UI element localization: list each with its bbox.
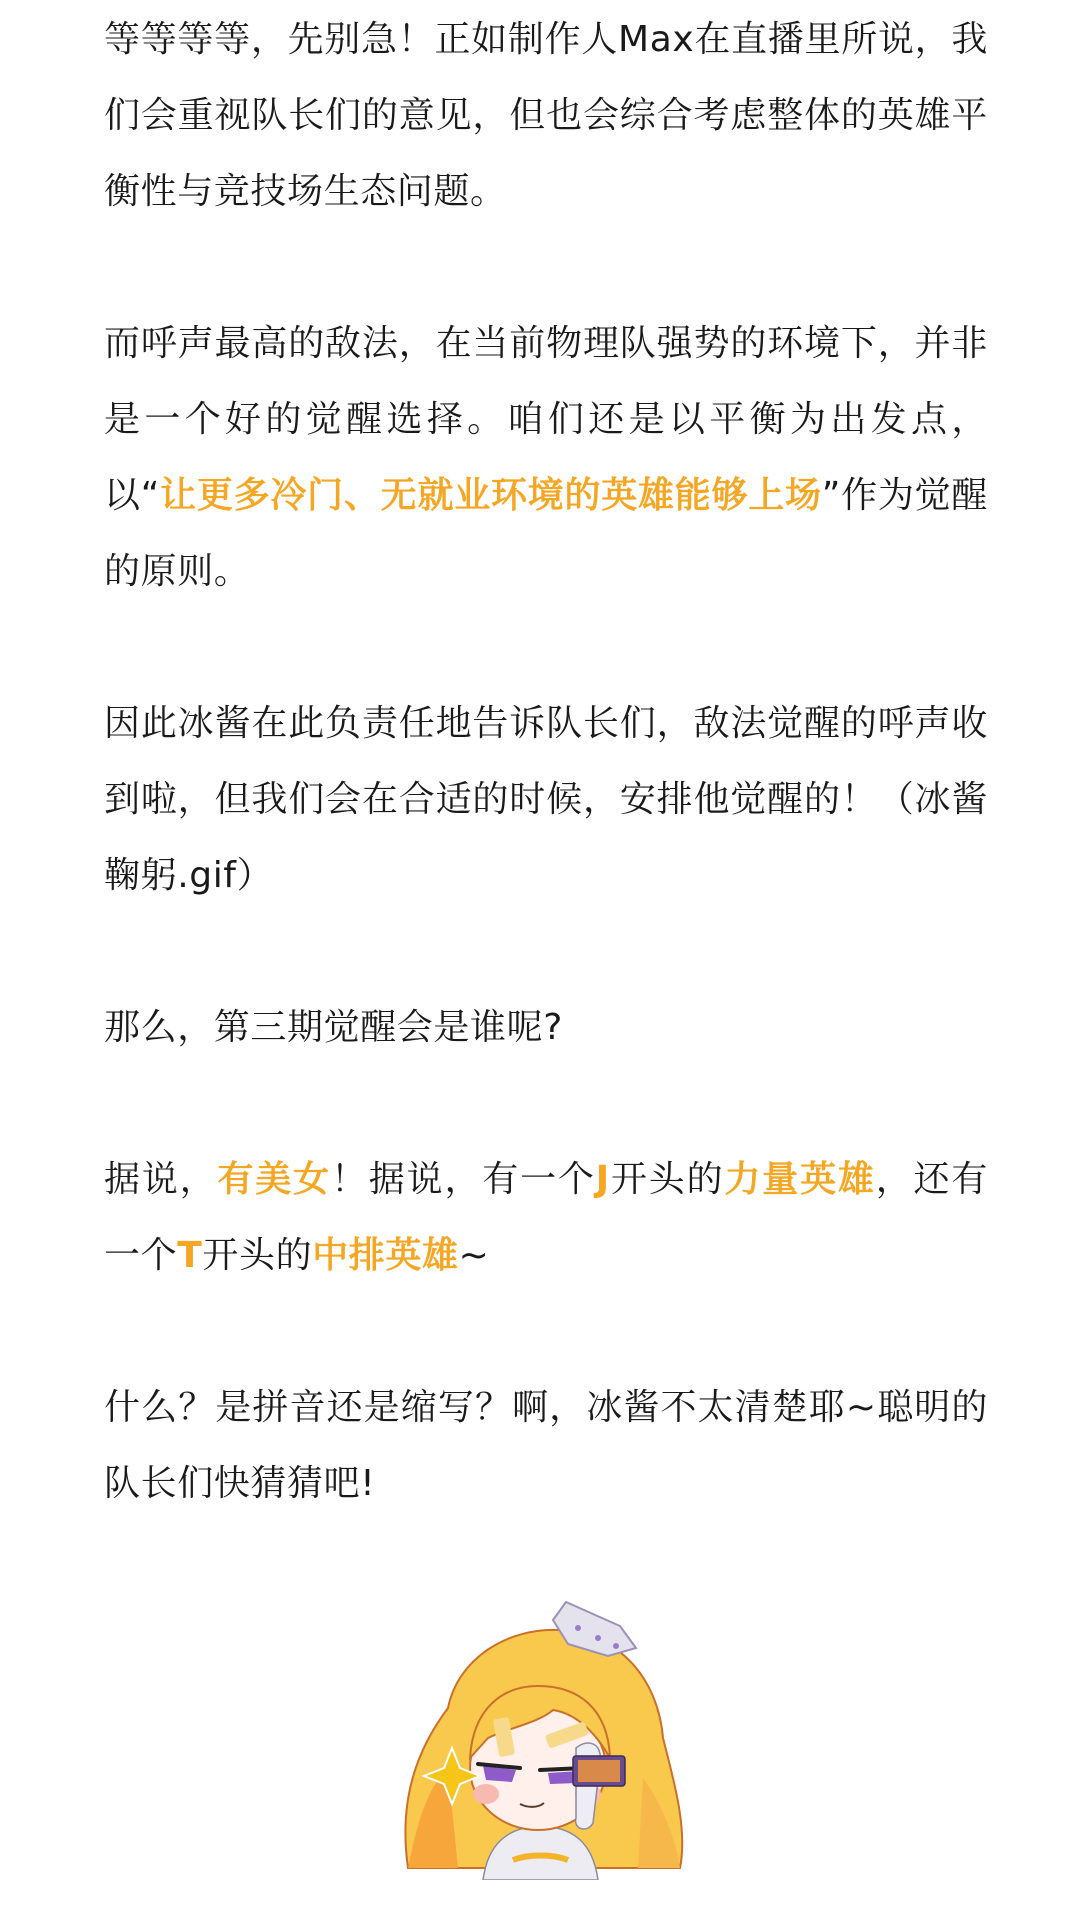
paragraph-hints: 据说，有美女！据说，有一个J开头的力量英雄，还有一个T开头的中排英雄~ — [104, 1142, 988, 1294]
text-segment: 什么？是拼音还是缩写？啊，冰酱不太清楚耶~聪明的队长们快猜猜吧! — [104, 1387, 988, 1504]
text-segment: 开头的 — [610, 1159, 725, 1200]
text-segment: 据说， — [104, 1159, 217, 1200]
highlight-text: 有美女 — [217, 1159, 330, 1200]
paragraph-guess-prompt: 什么？是拼音还是缩写？啊，冰酱不太清楚耶~聪明的队长们快猜猜吧! — [104, 1370, 988, 1522]
text-segment: ~ — [459, 1235, 490, 1276]
highlight-letter: T — [177, 1235, 202, 1276]
text-segment: 因此冰酱在此负责任地告诉队长们，敌法觉醒的呼声收到啦，但我们会在合适的时候，安排… — [104, 703, 988, 896]
text-segment: 开头的 — [202, 1235, 312, 1276]
text-segment: ！据说，有一个 — [331, 1159, 596, 1200]
paragraph-question: 那么，第三期觉醒会是谁呢? — [104, 990, 988, 1066]
highlight-text: 中排英雄 — [312, 1235, 458, 1276]
paragraph-awakening-principle: 而呼声最高的敌法，在当前物理队强势的环境下，并非是一个好的觉醒选择。咱们还是以平… — [104, 306, 988, 610]
article-body: 等等等等，先别急！正如制作人Max在直播里所说，我们会重视队长们的意见，但也会综… — [104, 0, 988, 1598]
paragraph-balance-note: 等等等等，先别急！正如制作人Max在直播里所说，我们会重视队长们的意见，但也会综… — [104, 2, 988, 230]
highlight-text: 力量英雄 — [724, 1159, 875, 1200]
highlight-text: 让更多冷门、无就业环境的英雄能够上场 — [160, 475, 822, 516]
text-segment: 等等等等，先别急！正如制作人Max在直播里所说，我们会重视队长们的意见，但也会综… — [104, 19, 988, 212]
highlight-letter: J — [596, 1159, 610, 1200]
chibi-heroine-illustration — [388, 1598, 694, 1880]
text-segment: 那么，第三期觉醒会是谁呢? — [104, 1007, 563, 1048]
paragraph-antimage-response: 因此冰酱在此负责任地告诉队长们，敌法觉醒的呼声收到啦，但我们会在合适的时候，安排… — [104, 686, 988, 914]
chibi-heroine-sticker — [388, 1598, 694, 1880]
